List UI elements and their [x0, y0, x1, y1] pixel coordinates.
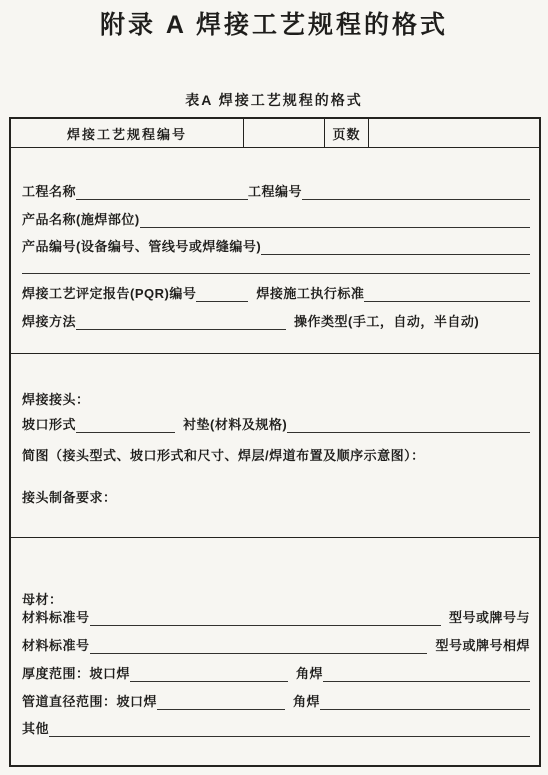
joint-heading-label: 焊接接头：: [22, 393, 90, 408]
table-caption: 表A 焊接工艺规程的格式: [0, 90, 548, 110]
grade-label-1: 型号或牌号与: [449, 611, 530, 626]
other-blank: [49, 721, 530, 737]
material-standard-label-2: 材料标准号: [22, 639, 90, 654]
project-number-blank: [302, 184, 530, 200]
form-row-thickness-range: 厚度范围：坡口焊 角焊: [11, 662, 539, 682]
form-row-continuation-line: [11, 254, 539, 274]
section-divider-joint: [11, 353, 539, 354]
fillet-label-2: 角焊: [293, 695, 320, 710]
form-row-joint-heading: 焊接接头：: [11, 388, 539, 408]
backing-label: 衬垫(材料及规格): [183, 418, 287, 433]
form-row-other: 其他: [11, 717, 539, 737]
backing-blank: [287, 417, 530, 433]
pqr-number-label: 焊接工艺评定报告(PQR)编号: [22, 287, 196, 302]
pqr-number-blank: [196, 286, 248, 302]
product-name-blank: [140, 212, 530, 228]
form-row-material-standard-2: 材料标准号 型号或牌号相焊: [11, 634, 539, 654]
page-title: 附录 A 焊接工艺规程的格式: [0, 5, 548, 41]
pages-value-cell: [369, 119, 539, 147]
wps-form-table: 焊接工艺规程编号 页数 工程名称 工程编号 产品名称(施焊部位) 产品编号(设备…: [9, 117, 541, 767]
groove-type-label: 坡口形式: [22, 418, 76, 433]
form-row-product-name: 产品名称(施焊部位): [11, 208, 539, 228]
pipe-groove-blank: [157, 694, 285, 710]
continuation-blank: [22, 258, 530, 274]
project-name-label: 工程名称: [22, 185, 76, 200]
form-row-base-metal-heading: 母材：: [11, 588, 539, 608]
operation-type-label: 操作类型(手工，自动，半自动): [294, 315, 479, 330]
pipe-fillet-blank: [320, 694, 530, 710]
other-label: 其他: [22, 722, 49, 737]
section-divider-base-metal: [11, 537, 539, 538]
thickness-range-label: 厚度范围：坡口焊: [22, 667, 130, 682]
form-row-welding-method: 焊接方法 操作类型(手工，自动，半自动): [11, 310, 539, 330]
pipe-diameter-label: 管道直径范围：坡口焊: [22, 695, 157, 710]
form-row-sketch: 简图（接头型式、坡口形式和尺寸、焊层/焊道布置及顺序示意图）：: [11, 444, 539, 464]
form-row-pqr: 焊接工艺评定报告(PQR)编号 焊接施工执行标准: [11, 282, 539, 302]
project-name-blank: [76, 184, 248, 200]
form-row-material-standard-1: 材料标准号 型号或牌号与: [11, 606, 539, 626]
form-row-product-number: 产品编号(设备编号、管线号或焊缝编号): [11, 235, 539, 255]
pages-label-cell: 页数: [325, 119, 369, 147]
project-number-label: 工程编号: [248, 185, 302, 200]
execution-standard-blank: [364, 286, 530, 302]
execution-standard-label: 焊接施工执行标准: [256, 287, 364, 302]
grade-label-2: 型号或牌号相焊: [435, 639, 530, 654]
table-header-row: 焊接工艺规程编号 页数: [11, 119, 539, 148]
groove-type-blank: [76, 417, 175, 433]
material-standard-blank-1: [90, 610, 441, 626]
sketch-label: 简图（接头型式、坡口形式和尺寸、焊层/焊道布置及顺序示意图）：: [22, 449, 425, 464]
wps-number-label-cell: 焊接工艺规程编号: [11, 119, 244, 147]
scanned-document-page: 附录 A 焊接工艺规程的格式 表A 焊接工艺规程的格式 焊接工艺规程编号 页数 …: [0, 0, 548, 775]
form-row-joint-preparation: 接头制备要求：: [11, 486, 539, 506]
thickness-fillet-blank: [323, 666, 530, 682]
fillet-label-1: 角焊: [296, 667, 323, 682]
form-row-project: 工程名称 工程编号: [11, 180, 539, 200]
welding-method-blank: [76, 314, 286, 330]
welding-method-label: 焊接方法: [22, 315, 76, 330]
joint-preparation-label: 接头制备要求：: [22, 491, 117, 506]
product-number-label: 产品编号(设备编号、管线号或焊缝编号): [22, 240, 261, 255]
product-number-blank: [261, 239, 530, 255]
material-standard-blank-2: [90, 638, 428, 654]
wps-number-value-cell: [244, 119, 325, 147]
form-row-groove: 坡口形式 衬垫(材料及规格): [11, 413, 539, 433]
material-standard-label-1: 材料标准号: [22, 611, 90, 626]
thickness-groove-blank: [130, 666, 288, 682]
form-row-pipe-diameter: 管道直径范围：坡口焊 角焊: [11, 690, 539, 710]
product-name-label: 产品名称(施焊部位): [22, 213, 140, 228]
